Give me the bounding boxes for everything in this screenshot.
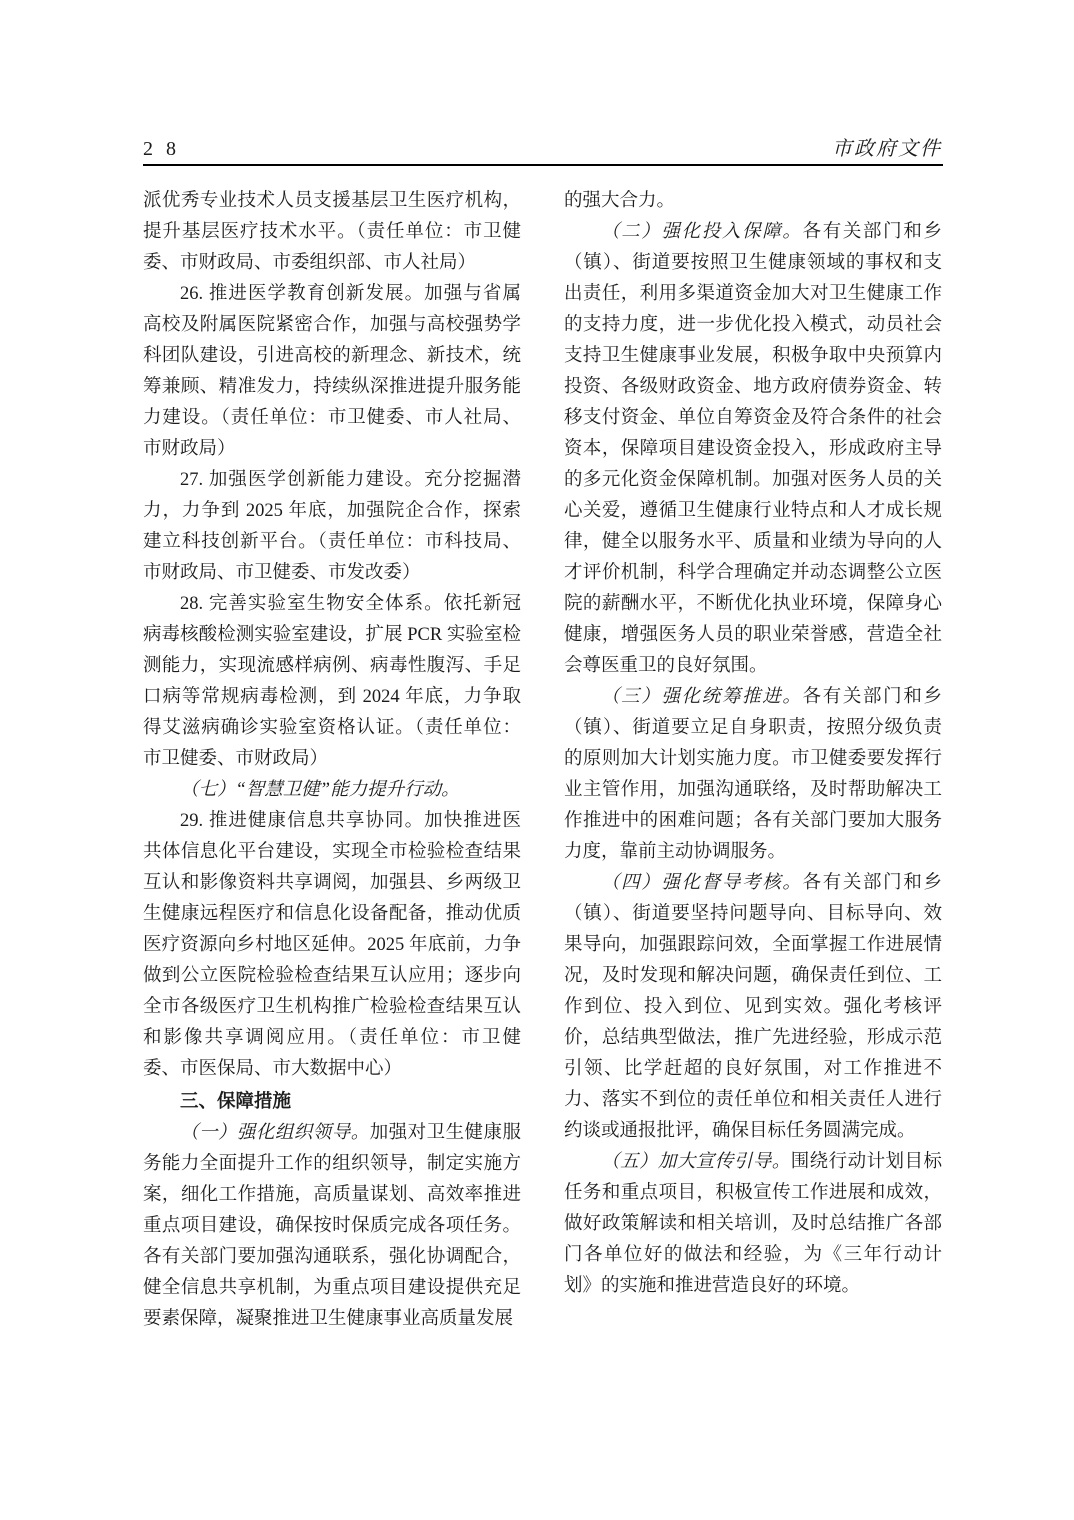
body-text-run: 加强对卫生健康服务能力全面提升工作的组织领导，制定实施方案，细化工作措施，高质量…	[143, 1123, 521, 1329]
page-number: 2 8	[143, 138, 180, 161]
document-body: 派优秀专业技术人员支援基层卫生医疗机构，提升基层医疗技术水平。（责任单位：市卫健…	[143, 186, 942, 1335]
paragraph: 27. 加强医学创新能力建设。充分挖掘潜力，力争到 2025 年底，加强院企合作…	[143, 465, 521, 589]
kaiti-emphasis-run: （五）加大宣传引导。	[601, 1152, 791, 1172]
kaiti-emphasis-run: （二）强化投入保障。	[601, 222, 803, 242]
body-text-run: 26. 推进医学教育创新发展。加强与省属高校及附属医院紧密合作，加强与高校强势学…	[143, 284, 521, 459]
paragraph: （二）强化投入保障。各有关部门和乡（镇）、街道要按照卫生健康领域的事权和支出责任…	[564, 217, 942, 682]
body-text-run: 的强大合力。	[564, 191, 675, 211]
paragraph: （四）强化督导考核。各有关部门和乡（镇）、街道要坚持问题导向、目标导向、效果导向…	[564, 868, 942, 1147]
kaiti-emphasis-run: （一）强化组织领导。	[180, 1123, 370, 1143]
paragraph: 的强大合力。	[564, 186, 942, 217]
body-text-run: 28. 完善实验室生物安全体系。依托新冠病毒核酸检测实验室建设，扩展 PCR 实…	[143, 594, 521, 769]
body-text-run: 各有关部门和乡（镇）、街道要坚持问题导向、目标导向、效果导向，加强跟踪问效，全面…	[564, 873, 942, 1141]
body-text-run: 各有关部门和乡（镇）、街道要按照卫生健康领域的事权和支出责任，利用多渠道资金加大…	[564, 222, 942, 676]
body-text-run: 29. 推进健康信息共享协同。加快推进医共体信息化平台建设，实现全市检验检查结果…	[143, 811, 521, 1079]
kaiti-emphasis-run: （七）“智慧卫健”能力提升行动。	[180, 780, 460, 800]
paragraph: （五）加大宣传引导。围绕行动计划目标任务和重点项目，积极宣传工作进展和成效，做好…	[564, 1147, 942, 1302]
paragraph: 三、保障措施	[143, 1085, 521, 1118]
body-text-run: 27. 加强医学创新能力建设。充分挖掘潜力，力争到 2025 年底，加强院企合作…	[143, 470, 521, 583]
paragraph: （七）“智慧卫健”能力提升行动。	[143, 775, 521, 806]
left-column: 派优秀专业技术人员支援基层卫生医疗机构，提升基层医疗技术水平。（责任单位：市卫健…	[143, 186, 521, 1335]
paragraph: 28. 完善实验室生物安全体系。依托新冠病毒核酸检测实验室建设，扩展 PCR 实…	[143, 589, 521, 775]
kaiti-emphasis-run: （四）强化督导考核。	[601, 873, 803, 893]
paragraph: 26. 推进医学教育创新发展。加强与省属高校及附属医院紧密合作，加强与高校强势学…	[143, 279, 521, 465]
body-text-run: 围绕行动计划目标任务和重点项目，积极宣传工作进展和成效，做好政策解读和相关培训，…	[564, 1152, 942, 1296]
kaiti-emphasis-run: （三）强化统筹推进。	[601, 687, 803, 707]
body-text-run: 派优秀专业技术人员支援基层卫生医疗机构，提升基层医疗技术水平。（责任单位：市卫健…	[143, 191, 521, 273]
document-page: 2 8 市政府文件 派优秀专业技术人员支援基层卫生医疗机构，提升基层医疗技术水平…	[0, 0, 1074, 1520]
paragraph: （一）强化组织领导。加强对卫生健康服务能力全面提升工作的组织领导，制定实施方案，…	[143, 1118, 521, 1335]
body-text-run: 各有关部门和乡（镇）、街道要立足自身职责，按照分级负责的原则加大计划实施力度。市…	[564, 687, 942, 862]
paragraph: 29. 推进健康信息共享协同。加快推进医共体信息化平台建设，实现全市检验检查结果…	[143, 806, 521, 1085]
header-doc-label: 市政府文件	[832, 132, 942, 161]
page-header: 2 8 市政府文件	[143, 132, 942, 161]
header-rule	[143, 164, 943, 166]
paragraph: 派优秀专业技术人员支援基层卫生医疗机构，提升基层医疗技术水平。（责任单位：市卫健…	[143, 186, 521, 279]
right-column: 的强大合力。（二）强化投入保障。各有关部门和乡（镇）、街道要按照卫生健康领域的事…	[564, 186, 942, 1335]
paragraph: （三）强化统筹推进。各有关部门和乡（镇）、街道要立足自身职责，按照分级负责的原则…	[564, 682, 942, 868]
section-heading-run: 三、保障措施	[180, 1090, 291, 1111]
